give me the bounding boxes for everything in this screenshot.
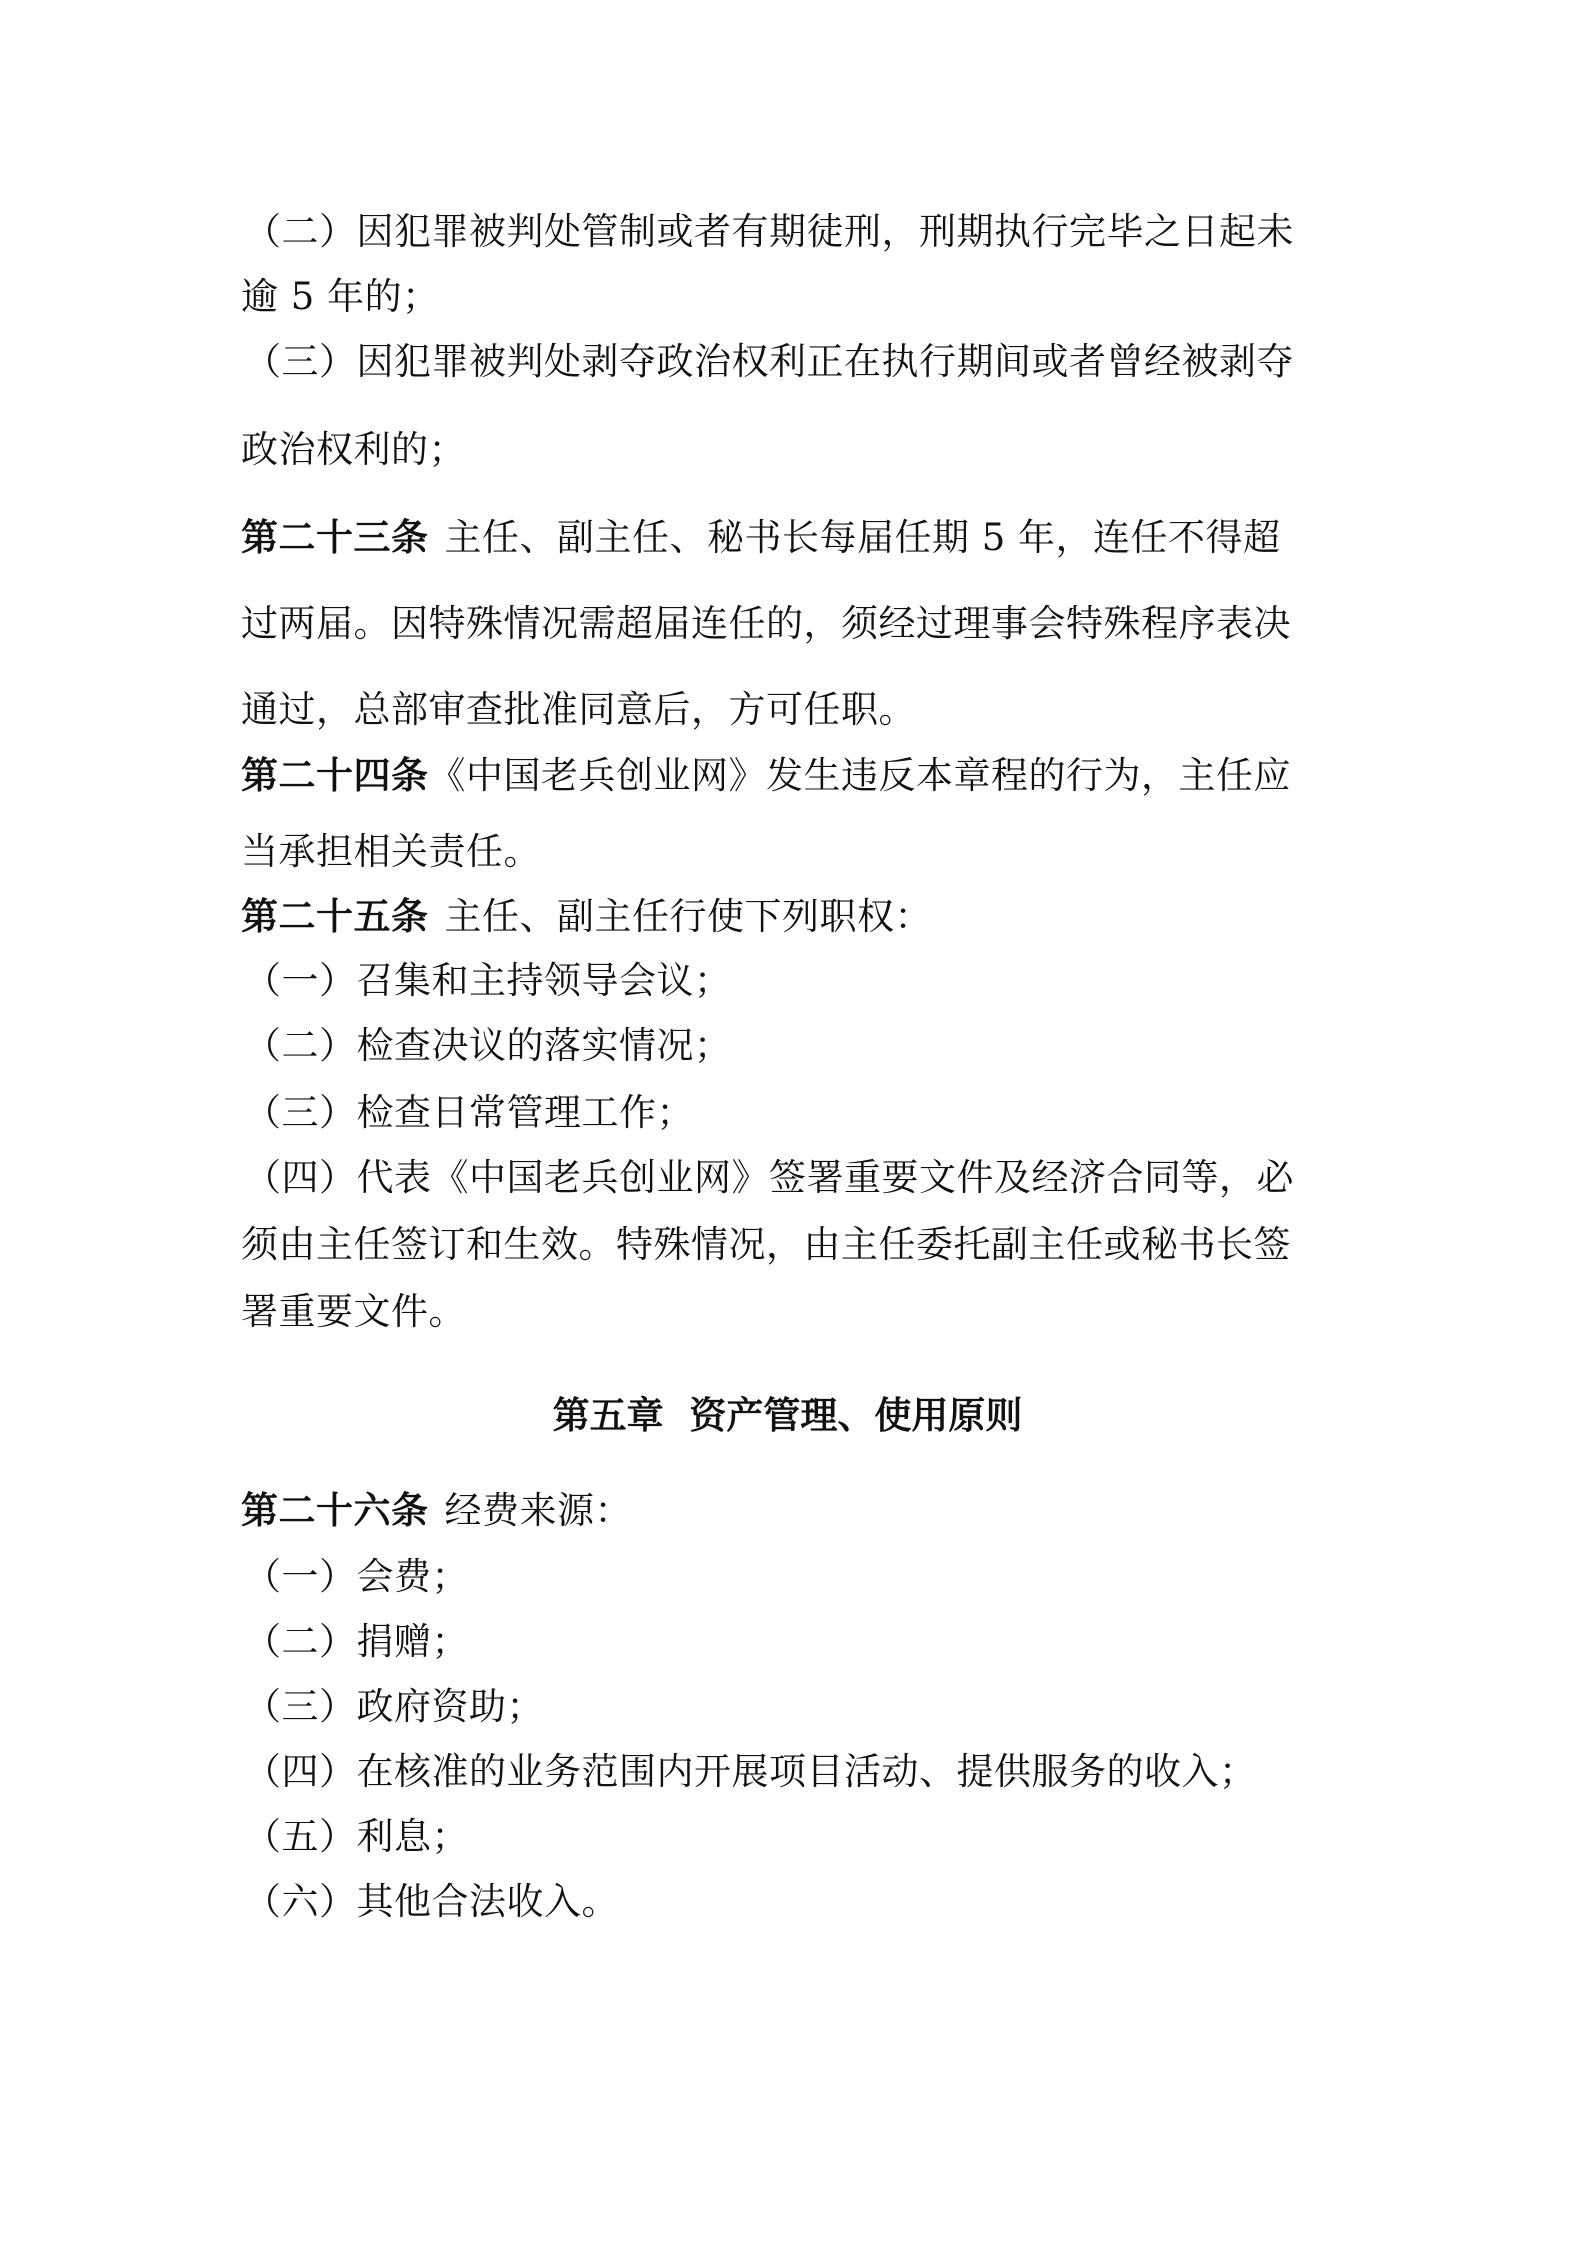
article-26-heading: 第二十六条	[241, 1488, 429, 1532]
article-26-intro: 经费来源：	[445, 1489, 633, 1532]
article-25-heading: 第二十五条	[241, 894, 429, 938]
article-26-item-4: （四）在核准的业务范围内开展项目活动、提供服务的收入；	[244, 1749, 1364, 1795]
article-23-line-2: 过两届。因特殊情况需超届连任的，须经过理事会特殊程序表决	[241, 601, 1361, 647]
article-25-item-4-line-3: 署重要文件。	[241, 1289, 1361, 1335]
chapter-title: 第五章 资产管理、使用原则	[0, 1392, 1587, 1438]
article-25-item-4-line-2: 须由主任签订和生效。特殊情况，由主任委托副主任或秘书长签	[241, 1222, 1361, 1268]
clause-2-line-1: （二）因犯罪被判处管制或者有期徒刑，刑期执行完毕之日起未	[244, 209, 1364, 255]
article-26-line: 第二十六条经费来源：	[241, 1487, 1361, 1534]
article-25-line: 第二十五条主任、副主任行使下列职权：	[241, 893, 1361, 940]
article-25-item-2: （二）检查决议的落实情况；	[244, 1023, 1364, 1069]
article-23-heading: 第二十三条	[241, 515, 429, 559]
article-23-line-1: 第二十三条主任、副主任、秘书长每届任期 5 年，连任不得超	[241, 514, 1361, 561]
article-25-intro: 主任、副主任行使下列职权：	[445, 895, 933, 938]
document-page: （二）因犯罪被判处管制或者有期徒刑，刑期执行完毕之日起未 逾 5 年的； （三）…	[0, 0, 1587, 2245]
article-25-item-1: （一）召集和主持领导会议；	[244, 958, 1364, 1004]
article-26-item-1: （一）会费；	[244, 1554, 1364, 1600]
article-26-item-6: （六）其他合法收入。	[244, 1879, 1364, 1925]
clause-3-line-2: 政治权利的；	[241, 427, 1361, 473]
chapter-5-title: 第五章 资产管理、使用原则	[553, 1392, 1023, 1438]
article-23-text: 主任、副主任、秘书长每届任期 5 年，连任不得超	[445, 516, 1281, 559]
article-23-line-3: 通过，总部审查批准同意后，方可任职。	[241, 687, 1361, 733]
article-24-line-2: 当承担相关责任。	[241, 829, 1361, 875]
article-24-line-1: 第二十四条《中国老兵创业网》发生违反本章程的行为，主任应	[241, 752, 1361, 799]
article-26-item-5: （五）利息；	[244, 1814, 1364, 1860]
article-26-item-3: （三）政府资助；	[244, 1684, 1364, 1730]
article-25-item-4-line-1: （四）代表《中国老兵创业网》签署重要文件及经济合同等，必	[244, 1155, 1364, 1201]
article-24-heading: 第二十四条	[241, 753, 429, 797]
article-25-item-3: （三）检查日常管理工作；	[244, 1090, 1364, 1136]
clause-3-line-1: （三）因犯罪被判处剥夺政治权利正在执行期间或者曾经被剥夺	[244, 339, 1364, 385]
article-26-item-2: （二）捐赠；	[244, 1619, 1364, 1665]
clause-2-line-2: 逾 5 年的；	[241, 274, 1361, 320]
article-24-text: 《中国老兵创业网》发生违反本章程的行为，主任应	[429, 754, 1292, 797]
